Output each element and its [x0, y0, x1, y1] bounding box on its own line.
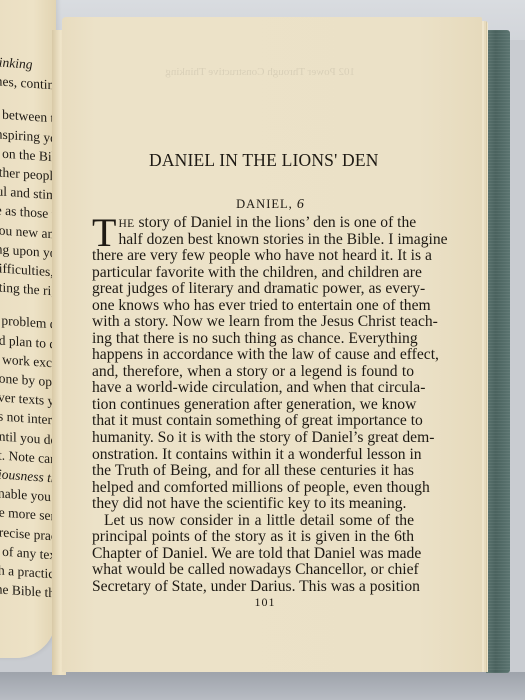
- body-line: and, therefore, when a story or a legend…: [92, 364, 414, 381]
- left-page: hinkingmes, continuen between the inspir…: [0, 0, 56, 658]
- body-lines: there are very few people who have not h…: [92, 248, 414, 595]
- body-line: that it must contain something of great …: [92, 413, 414, 430]
- body-line: ing that there is no such thing as chanc…: [92, 331, 414, 348]
- body-line: happens in accordance with the law of ca…: [92, 347, 414, 364]
- body-line: Let us now consider in a little detail s…: [92, 513, 414, 530]
- body-line: principal points of the story as it is g…: [92, 529, 414, 546]
- body-line: humanity. So it is with the story of Dan…: [92, 430, 414, 447]
- scripture-reference: DANIEL, 6: [200, 197, 340, 213]
- body-line: they did not have the scientific key to …: [92, 496, 414, 513]
- chapter-title: DANIEL IN THE LIONS' DEN: [149, 150, 409, 171]
- body-line: one knows who has ever tried to entertai…: [92, 298, 414, 315]
- left-page-text: hinkingmes, continuen between the inspir…: [0, 52, 56, 605]
- page-number: 101: [240, 595, 290, 610]
- body-line: have a world-wide circulation, and when …: [92, 380, 414, 397]
- bleed-through-text: 102 Power Through Constructive Thinking: [80, 66, 355, 79]
- body-line: there are very few people who have not h…: [92, 248, 414, 265]
- drop-cap: T: [92, 218, 116, 248]
- scripture-book: DANIEL,: [236, 197, 293, 211]
- body-line: HE story of Daniel in the lions’ den is …: [92, 215, 414, 232]
- body-line: Chapter of Daniel. We are told that Dani…: [92, 546, 414, 563]
- opening-line-text: story of Daniel in the lions’ den is one…: [135, 214, 417, 231]
- body-line: great judges of literary and dramatic po…: [92, 281, 414, 298]
- body-line: the Truth of Being, and for all these ce…: [92, 463, 414, 480]
- chapter-body: T HE story of Daniel in the lions’ den i…: [92, 215, 414, 595]
- body-line: what would be called nowadays Chancellor…: [92, 562, 414, 579]
- body-line: half dozen best known stories in the Bib…: [92, 232, 414, 249]
- body-line: helped and comforted millions of people,…: [92, 480, 414, 497]
- body-line: particular favorite with the children, a…: [92, 265, 414, 282]
- background-bottom: [0, 672, 525, 700]
- cover-cloth-texture: [486, 30, 510, 673]
- body-line: with a story. Now we learn from the Jesu…: [92, 314, 414, 331]
- scripture-chapter: 6: [297, 197, 304, 212]
- opening-smallcaps: HE: [118, 218, 134, 230]
- body-line: onstration. It contains within it a wond…: [92, 447, 414, 464]
- body-line: Secretary of State, under Darius. This w…: [92, 579, 414, 596]
- body-line: tion continues generation after generati…: [92, 397, 414, 414]
- opening-lines: T HE story of Daniel in the lions’ den i…: [92, 215, 414, 248]
- left-page-line: the Bible that: [0, 579, 56, 604]
